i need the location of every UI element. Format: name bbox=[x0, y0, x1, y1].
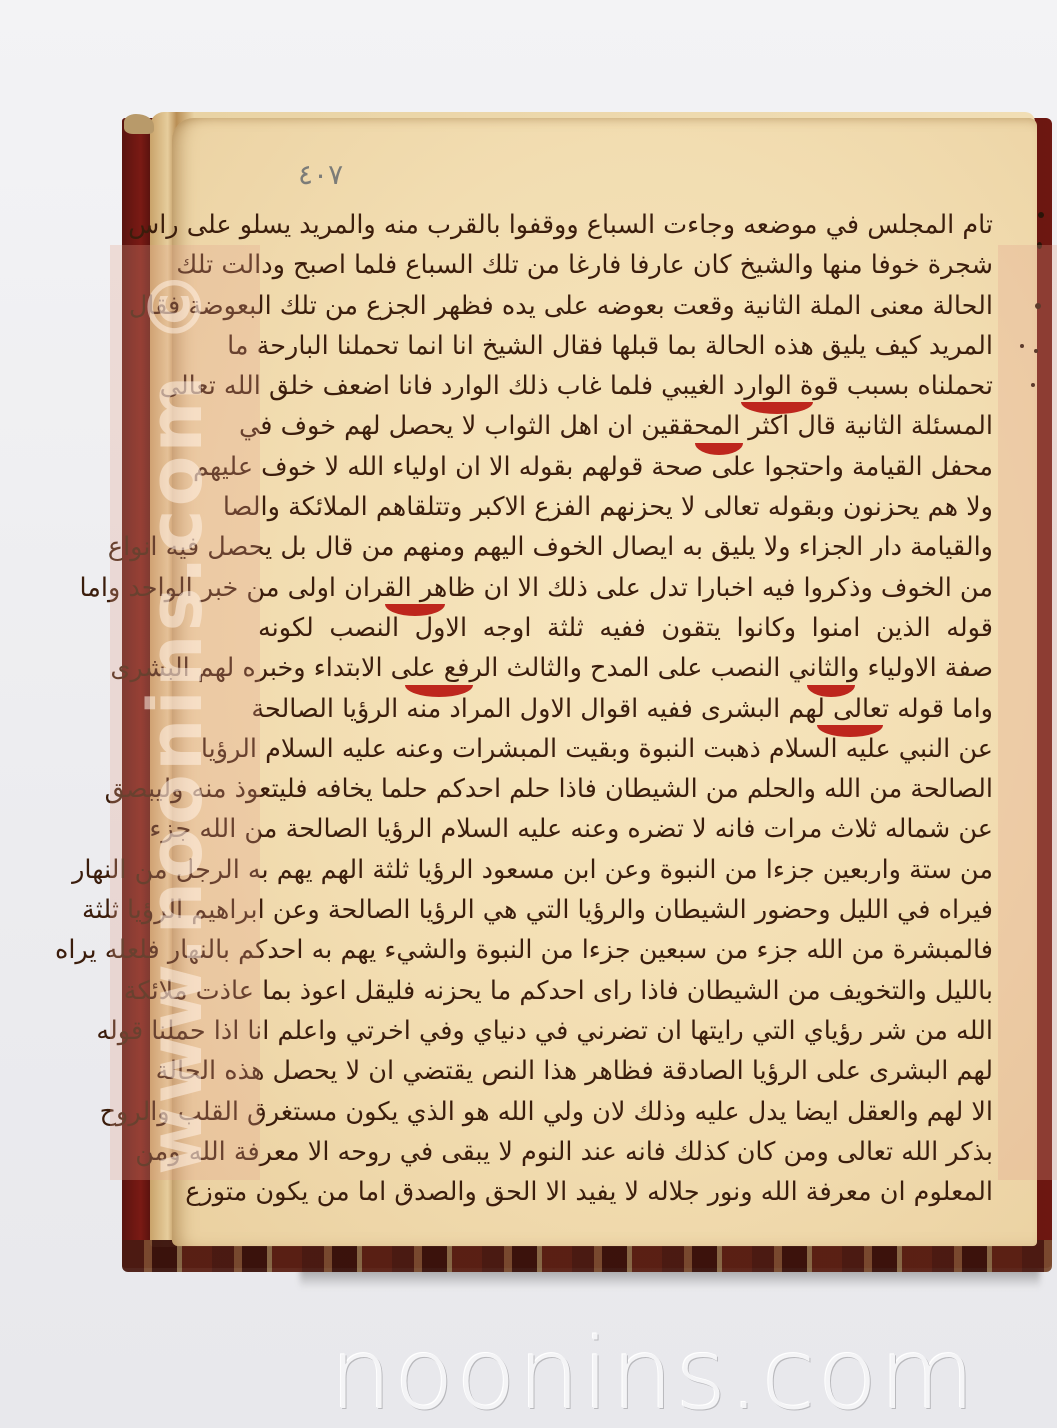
manuscript-line: شجرة خوفا منها والشيخ كان عارفا فارغا من… bbox=[258, 245, 993, 285]
frayed-corner bbox=[124, 114, 154, 134]
manuscript-line: عن النبي عليه السلام ذهبت النبوة وبقيت ا… bbox=[258, 729, 993, 769]
manuscript-line: المسئلة الثانية قال اكثر المحققين ان اهل… bbox=[258, 406, 993, 446]
vertical-watermark-text: www.noonins.com © bbox=[133, 267, 219, 1175]
manuscript-line: بذكر الله تعالى ومن كان كذلك فانه عند ال… bbox=[258, 1132, 993, 1172]
manuscript-line: الله من شر رؤياي التي رايتها ان تضرني في… bbox=[258, 1011, 993, 1051]
embossed-watermark-text: noonins.com bbox=[330, 1318, 977, 1428]
manuscript-line: قوله الذين امنوا وكانوا يتقون ففيه ثلثة … bbox=[258, 608, 993, 648]
photo-stage: ٤٠٧ تام المجلس في موضعه وجاءت السباع ووق… bbox=[0, 0, 1057, 1428]
manuscript-line: محفل القيامة واحتجوا على صحة قولهم بقوله… bbox=[258, 447, 993, 487]
manuscript-line: المريد كيف يليق هذه الحالة بما قبلها فقا… bbox=[258, 326, 993, 366]
manuscript-line: تحملناه بسبب قوة الوارد الغيبي فلما غاب … bbox=[258, 366, 993, 406]
manuscript-line: عن شماله ثلاث مرات فانه لا تضره وعنه علي… bbox=[258, 809, 993, 849]
manuscript-line: تام المجلس في موضعه وجاءت السباع ووقفوا … bbox=[258, 205, 993, 245]
manuscript-text-block: تام المجلس في موضعه وجاءت السباع ووقفوا … bbox=[258, 205, 993, 1212]
watermark-band-right bbox=[998, 245, 1057, 1180]
manuscript-line: واما قوله تعالى لهم البشرى ففيه اقوال ال… bbox=[258, 689, 993, 729]
margin-ink-dot bbox=[1038, 212, 1044, 218]
manuscript-line: والقيامة دار الجزاء ولا يليق به ايصال ال… bbox=[258, 527, 993, 567]
manuscript-line: المعلوم ان معرفة الله ونور جلاله لا يفيد… bbox=[258, 1172, 993, 1212]
manuscript-line: الا لهم والعقل ايضا يدل عليه وذلك لان ول… bbox=[258, 1092, 993, 1132]
manuscript-line: فيراه في الليل وحضور الشيطان والرؤيا الت… bbox=[258, 890, 993, 930]
manuscript-line: صفة الاولياء والثاني النصب على المدح وال… bbox=[258, 648, 993, 688]
manuscript-line: من الخوف وذكروا فيه اخبارا تدل على ذلك ا… bbox=[258, 568, 993, 608]
manuscript-line: الحالة معنى الملة الثانية وقعت بعوضه على… bbox=[258, 286, 993, 326]
manuscript-line: ولا هم يحزنون وبقوله تعالى لا يحزنهم الف… bbox=[258, 487, 993, 527]
manuscript-line: من ستة واربعين جزءا من النبوة وعن ابن مس… bbox=[258, 850, 993, 890]
manuscript-line: الصالحة من الله والحلم من الشيطان فاذا ح… bbox=[258, 769, 993, 809]
manuscript-line: لهم البشرى على الرؤيا الصادقة فظاهر هذا … bbox=[258, 1051, 993, 1091]
manuscript-line: فالمبشرة من الله جزء من سبعين جزءا من ال… bbox=[258, 930, 993, 970]
manuscript-line: بالليل والتخويف من الشيطان فاذا راى احدك… bbox=[258, 971, 993, 1011]
folio-number: ٤٠٧ bbox=[298, 158, 343, 191]
